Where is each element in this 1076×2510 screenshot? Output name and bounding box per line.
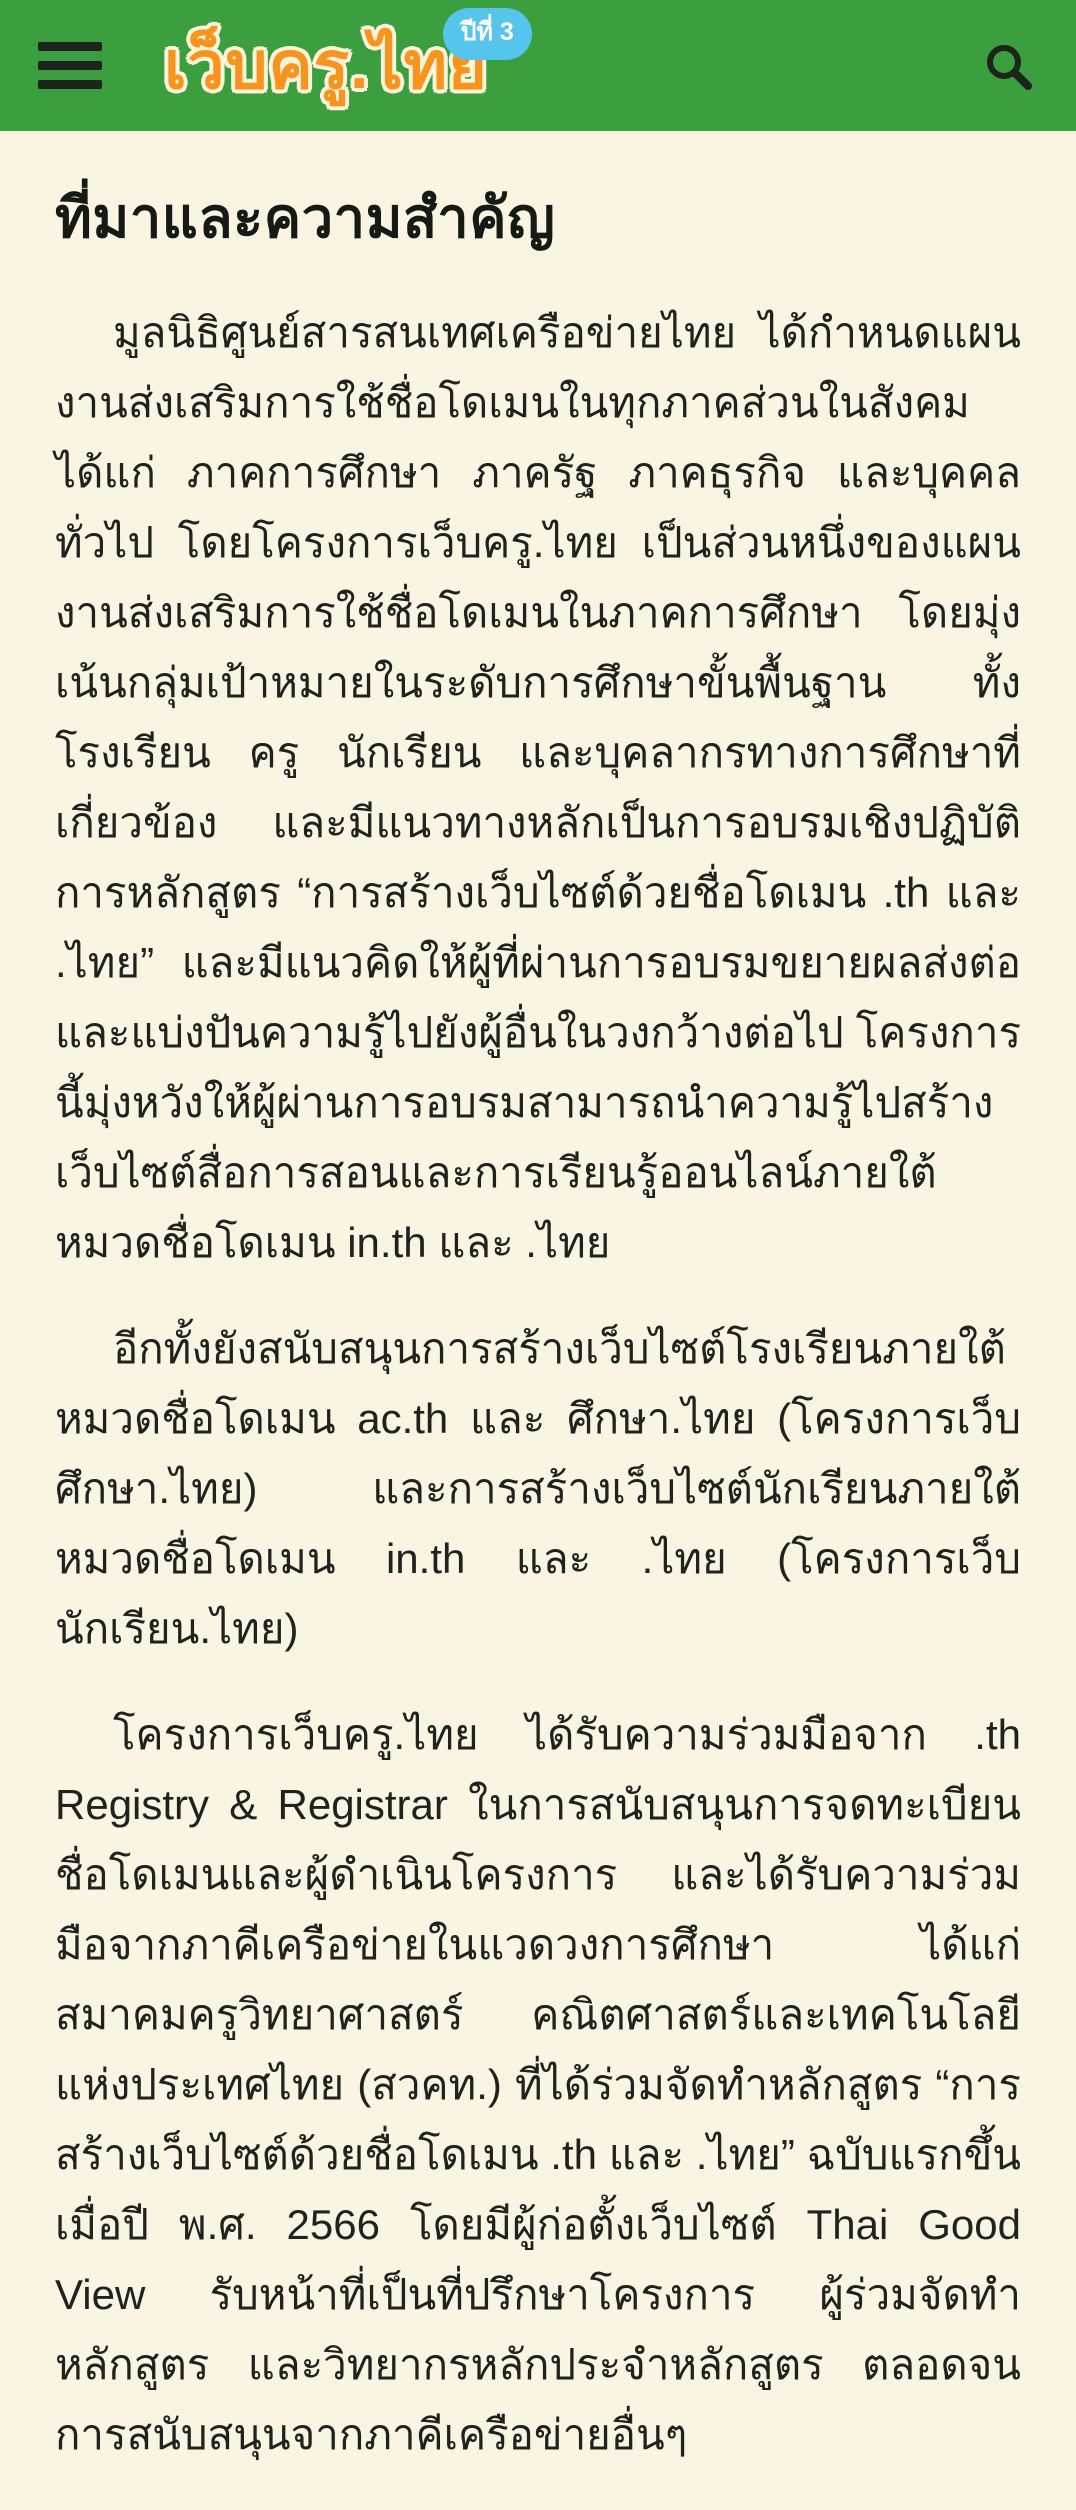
paragraph-2: อีกทั้งยังสนับสนุนการสร้างเว็บไซต์โรงเรี… (55, 1314, 1021, 1664)
year-badge: ปีที่ 3 (443, 8, 532, 60)
search-button[interactable] (978, 36, 1038, 96)
app-header: เว็บครู.ไทย ปีที่ 3 (0, 0, 1076, 131)
hamburger-menu-icon[interactable] (38, 40, 102, 92)
paragraph-1: มูลนิธิศูนย์สารสนเทศเครือข่ายไทย ได้กำหน… (55, 298, 1021, 1278)
hamburger-bar (38, 80, 102, 89)
search-icon (982, 40, 1034, 92)
page-title: ที่มาและความสำคัญ (55, 173, 1021, 262)
article-body: มูลนิธิศูนย์สารสนเทศเครือข่ายไทย ได้กำหน… (55, 298, 1021, 2470)
site-logo[interactable]: เว็บครู.ไทย ปีที่ 3 (164, 26, 488, 105)
article-content: ที่มาและความสำคัญ มูลนิธิศูนย์สารสนเทศเค… (0, 131, 1076, 2510)
paragraph-3: โครงการเว็บครู.ไทย ได้รับความร่วมมือจาก … (55, 1700, 1021, 2470)
hamburger-bar (38, 42, 102, 51)
site-logo-text: เว็บครู.ไทย (164, 28, 488, 102)
hamburger-bar (38, 61, 102, 70)
